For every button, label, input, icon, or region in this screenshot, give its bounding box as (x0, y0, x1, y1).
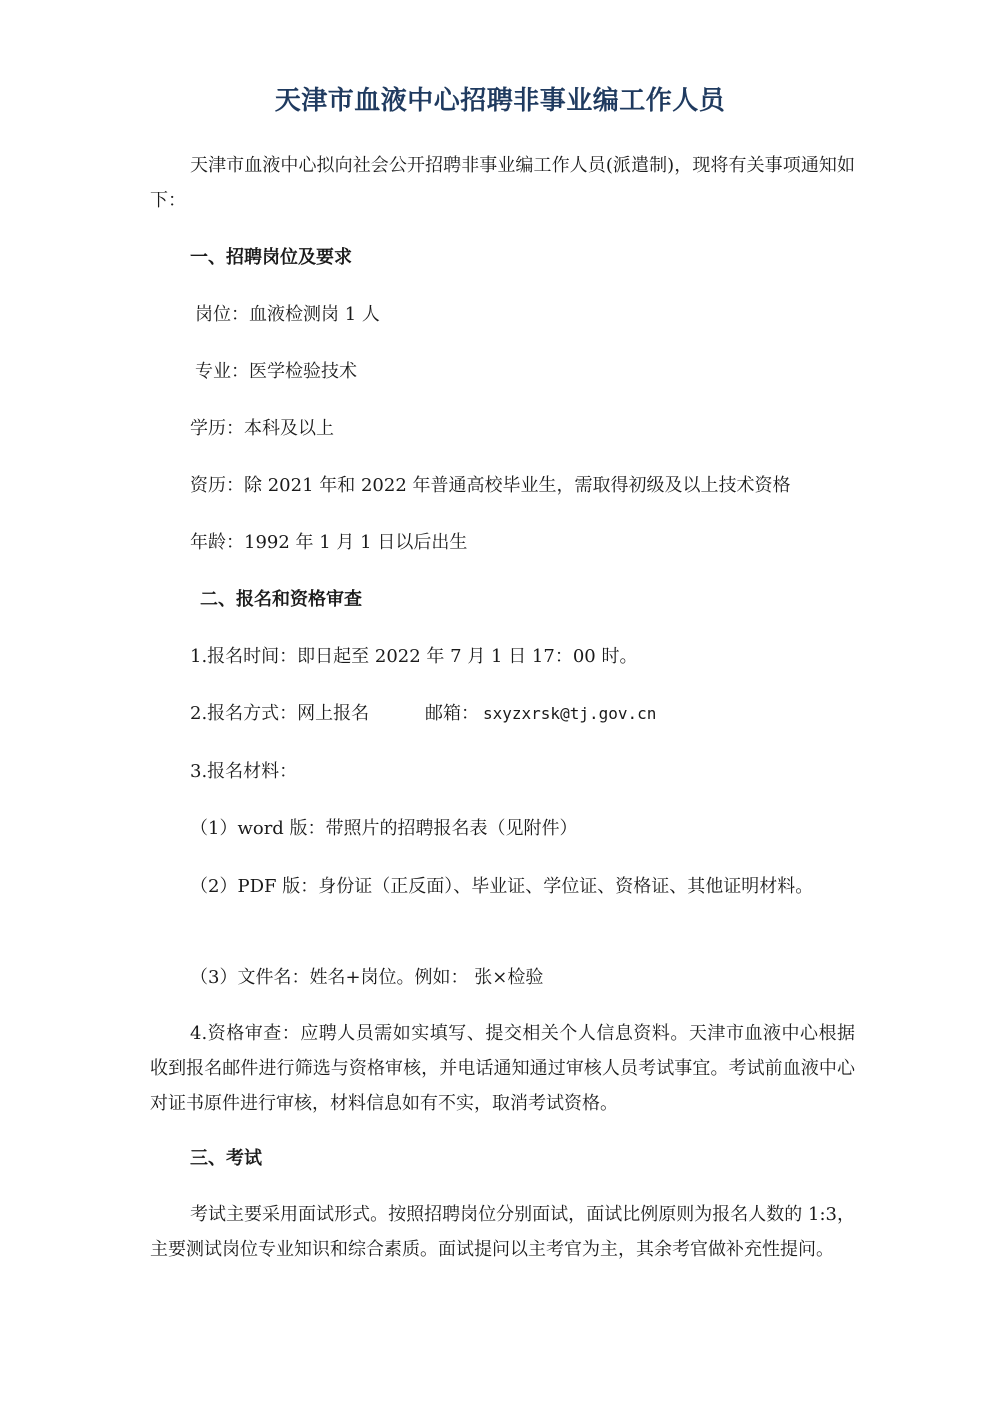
materials-line: 3.报名材料： (190, 755, 297, 789)
registration-method-line: 2.报名方式：网上报名 (190, 697, 369, 731)
document-title: 天津市血液中心招聘非事业编工作人员 (0, 80, 1000, 117)
section-heading-2: 二、报名和资格审查 (200, 583, 362, 617)
age-line: 年龄：1992 年 1 月 1 日以后出生 (190, 526, 467, 560)
materials-word-line: （1）word 版：带照片的招聘报名表（见附件） (190, 812, 578, 846)
email-label: 邮箱： (425, 697, 479, 731)
materials-pdf-line: （2）PDF 版：身份证（正反面）、毕业证、学位证、资格证、其他证明材料。 (150, 869, 855, 904)
registration-time-line: 1.报名时间：即日起至 2022 年 7 月 1 日 17：00 时。 (190, 640, 637, 674)
section-heading-1: 一、招聘岗位及要求 (190, 241, 352, 275)
education-line: 学历：本科及以上 (190, 412, 334, 446)
intro-paragraph: 天津市血液中心拟向社会公开招聘非事业编工作人员(派遣制)，现将有关事项通知如下： (150, 148, 855, 218)
email-address: sxyzxrsk@tj.gov.cn (483, 697, 656, 731)
materials-filename-line: （3）文件名：姓名+岗位。例如： 张×检验 (190, 961, 543, 995)
section-heading-3: 三、考试 (190, 1142, 262, 1176)
major-line: 专业：医学检验技术 (195, 355, 357, 389)
position-line: 岗位：血液检测岗 1 人 (195, 298, 380, 332)
exam-paragraph: 考试主要采用面试形式。按照招聘岗位分别面试，面试比例原则为报名人数的 1:3，主… (150, 1197, 855, 1267)
document-page: 天津市血液中心招聘非事业编工作人员 天津市血液中心拟向社会公开招聘非事业编工作人… (0, 0, 1000, 1414)
qualification-line: 资历：除 2021 年和 2022 年普通高校毕业生，需取得初级及以上技术资格 (190, 469, 791, 503)
qualification-review-paragraph: 4.资格审查：应聘人员需如实填写、提交相关个人信息资料。天津市血液中心根据收到报… (150, 1016, 855, 1121)
